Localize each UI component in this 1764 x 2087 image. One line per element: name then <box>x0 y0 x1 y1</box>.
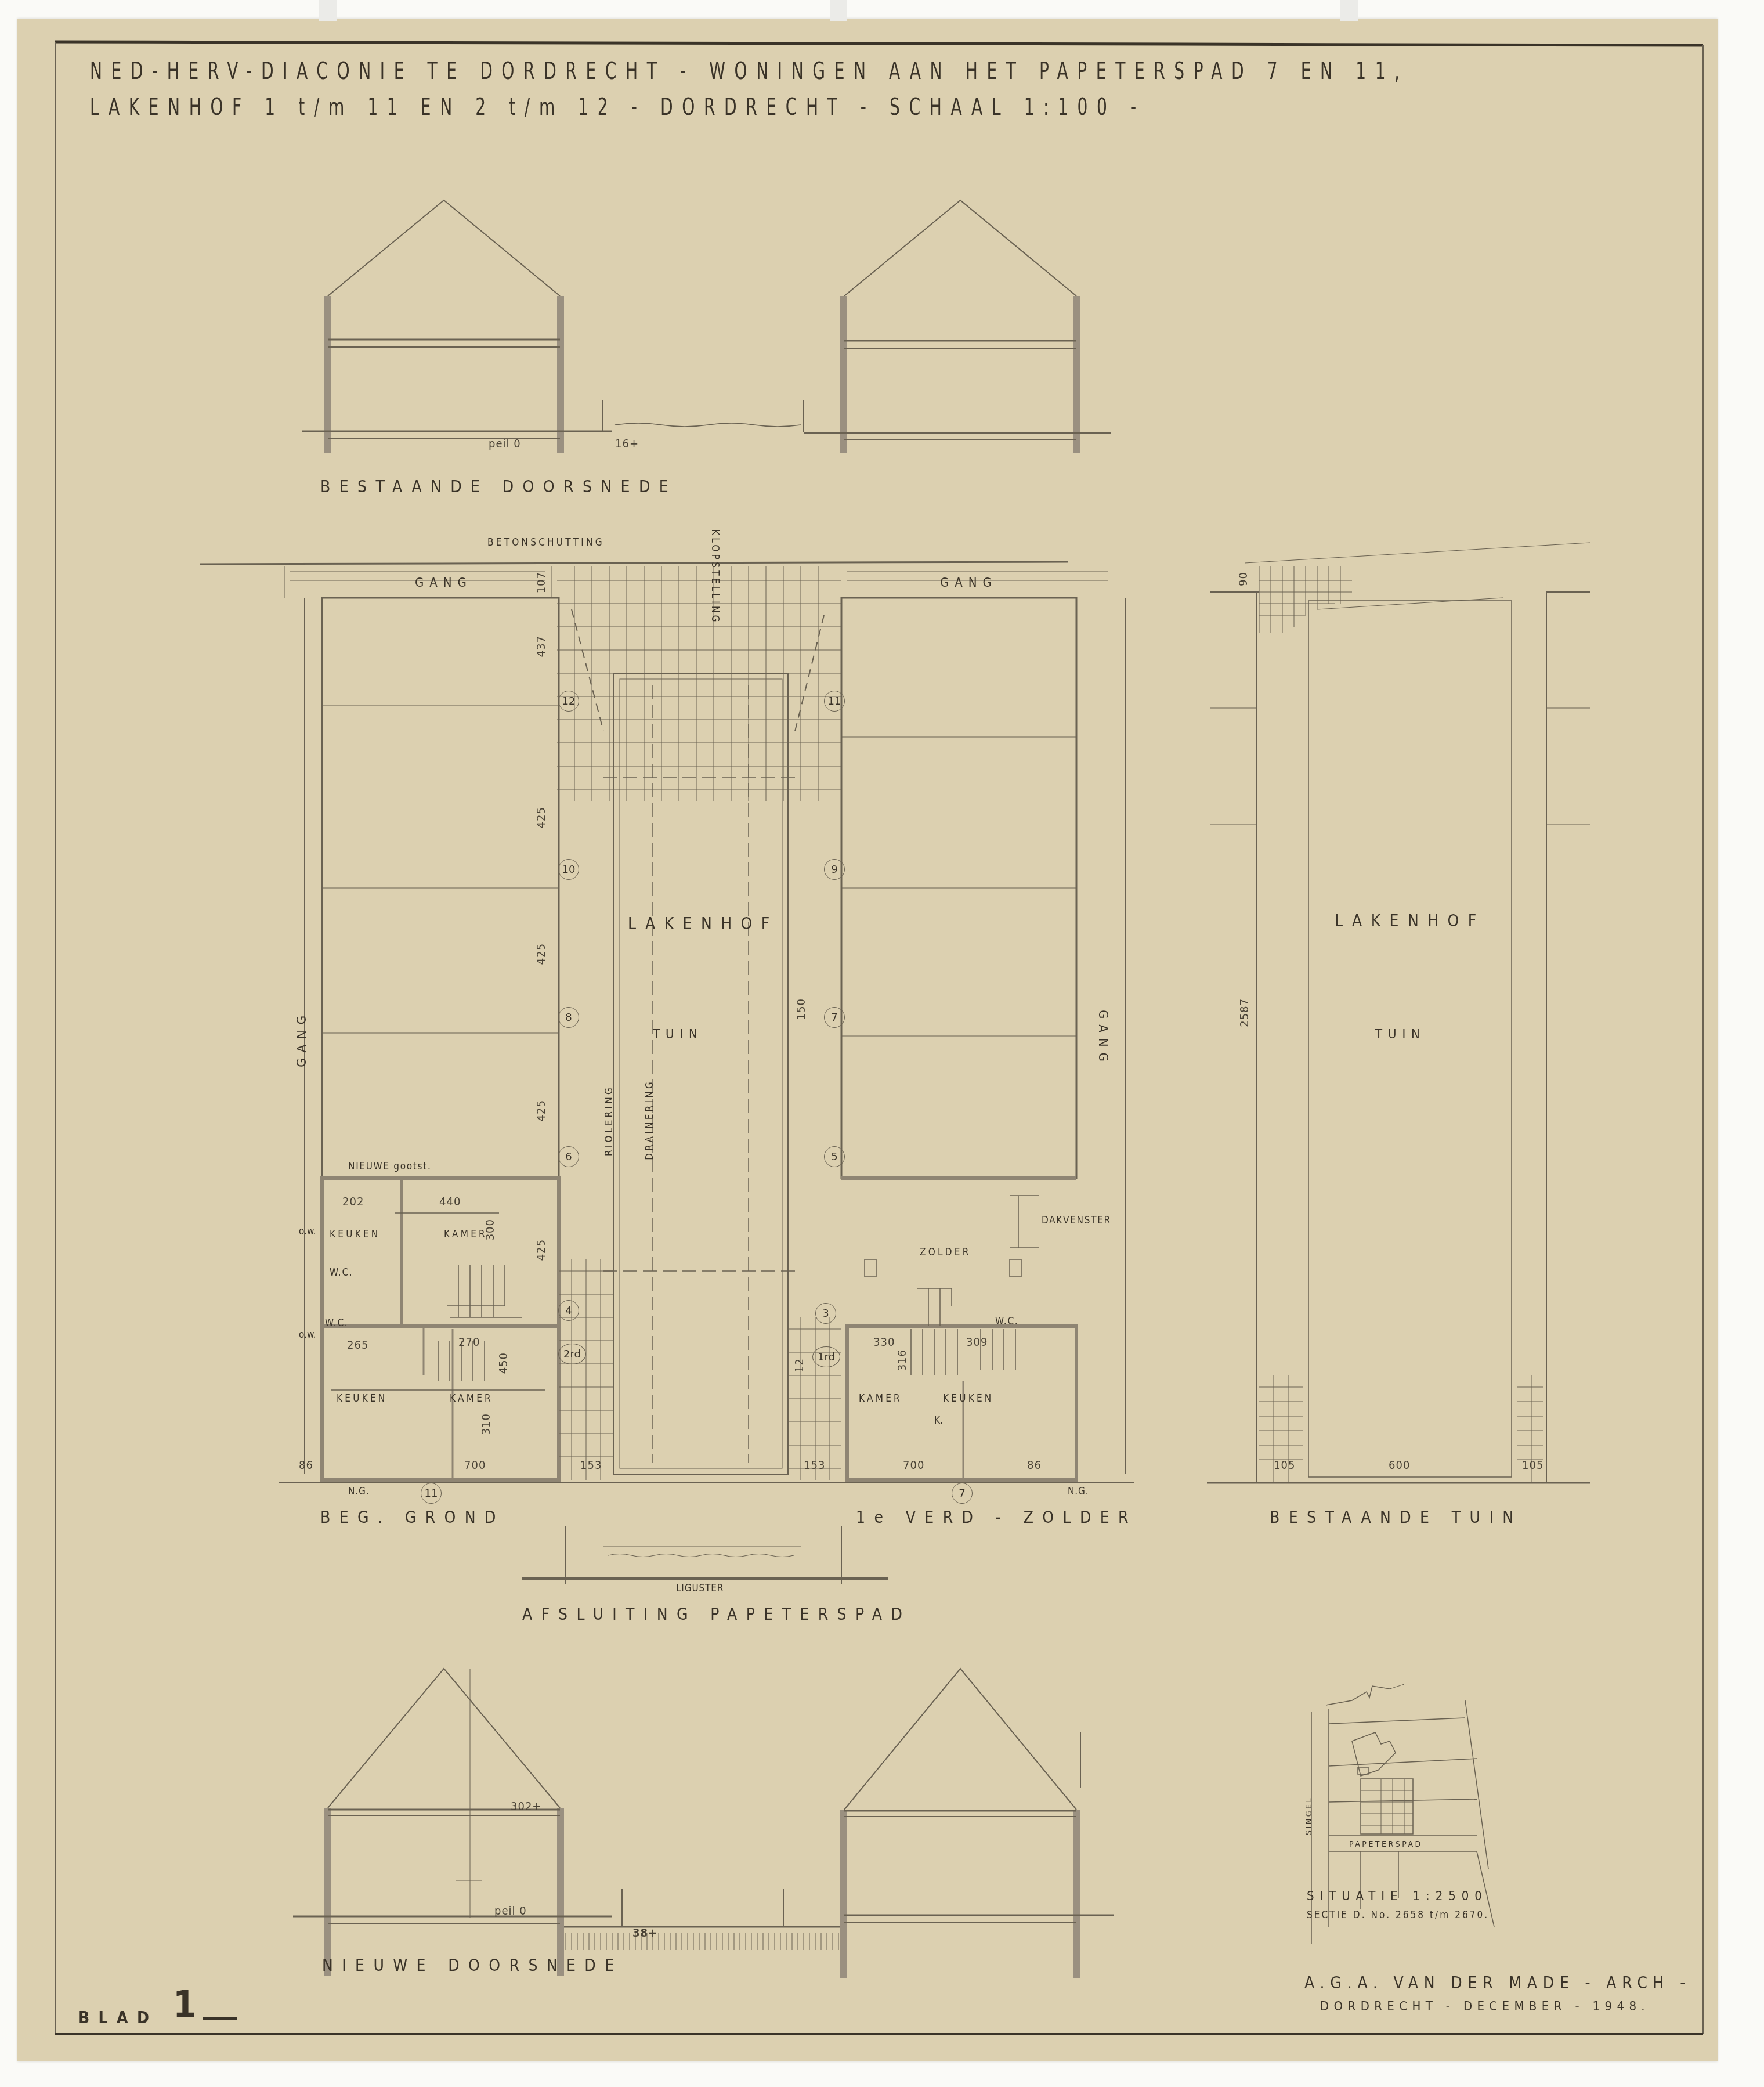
existing-level-label: peil 0 <box>489 436 521 450</box>
room-k-label: K. <box>934 1415 943 1427</box>
ng-label-left: N.G. <box>348 1486 369 1497</box>
new-level-upper: 302+ <box>511 1799 541 1813</box>
dim-uf-330: 330 <box>873 1335 895 1349</box>
gang-label-right-top: GANG <box>940 576 997 590</box>
room-keuken-lower-left: KEUKEN <box>337 1393 388 1404</box>
house-number-5: 5 <box>824 1146 845 1167</box>
dim-uf-316: 316 <box>895 1349 909 1371</box>
dim-uf-153: 153 <box>804 1458 825 1472</box>
house-number-4: 4 <box>558 1300 579 1321</box>
room-zolder: ZOLDER <box>920 1247 971 1258</box>
dim-gf-86: 86 <box>299 1458 313 1472</box>
ground-floor-label: BEG. GROND <box>320 1508 505 1527</box>
dim-center: 150 <box>794 998 808 1020</box>
closure-label: AFSLUITING PAPETERSPAD <box>522 1605 911 1624</box>
house-number-7: 7 <box>824 1007 845 1028</box>
house-number-8: 8 <box>558 1007 579 1028</box>
ow-label-2: o.w. <box>299 1329 316 1341</box>
ng-label-right: N.G. <box>1068 1486 1089 1497</box>
dim-gf-270: 270 <box>458 1335 480 1349</box>
garden-dim-105-left: 105 <box>1274 1458 1295 1472</box>
new-level-label: peil 0 <box>494 1904 527 1918</box>
house-number-11-bottom: 11 <box>421 1483 442 1504</box>
dim-left-5: 425 <box>534 1239 548 1261</box>
site-street-label: PAPETERSPAD <box>1349 1840 1423 1849</box>
site-canal-label: SINGEL <box>1304 1796 1314 1835</box>
house-number-9: 9 <box>824 859 845 880</box>
dim-left-3: 425 <box>534 943 548 965</box>
sheet-number-dash <box>203 2017 237 2020</box>
existing-garden-label: BESTAANDE TUIN <box>1270 1508 1522 1527</box>
room-kamer-lower-left: KAMER <box>450 1393 493 1404</box>
room-wc-1: W.C. <box>330 1267 353 1279</box>
dim-gf-700: 700 <box>464 1458 486 1472</box>
dim-gf-450: 450 <box>496 1352 510 1374</box>
dim-gf-265: 265 <box>347 1338 368 1352</box>
drawing-title-line1: NED-HERV-DIACONIE TE DORDRECHT - WONINGE… <box>90 58 1409 85</box>
architect-date: DORDRECHT - DECEMBER - 1948. <box>1320 1999 1650 2014</box>
garden-dim-600: 600 <box>1389 1458 1410 1472</box>
dim-gf-440: 440 <box>439 1194 461 1208</box>
kloppen-label: KLOPSTELLING <box>709 529 721 624</box>
dim-uf-700: 700 <box>903 1458 924 1472</box>
new-level-ground: 38+ <box>632 1926 657 1940</box>
sheet-number: 1 <box>173 1984 196 2027</box>
dim-uf-309: 309 <box>966 1335 988 1349</box>
house-number-10: 10 <box>558 859 579 880</box>
drawing-title-line2: LAKENHOF 1 t/m 11 EN 2 t/m 12 - DORDRECH… <box>90 94 1145 121</box>
site-cadastre-label: SECTIE D. No. 2658 t/m 2670. <box>1307 1909 1489 1921</box>
existing-section-label: BESTAANDE DOORSNEDE <box>320 477 677 496</box>
existing-level-value: 16+ <box>615 436 639 450</box>
house-number-2rd: 2rd <box>558 1344 586 1364</box>
house-number-12: 12 <box>558 691 579 712</box>
garden-dim-90: 90 <box>1236 572 1250 586</box>
dim-left-0: 107 <box>534 572 548 593</box>
upper-floor-label: 1e VERD - ZOLDER <box>856 1508 1137 1527</box>
courtyard-name: LAKENHOF <box>628 914 779 933</box>
dim-left-4: 425 <box>534 1100 548 1121</box>
new-section-label: NIEUWE DOORSNEDE <box>322 1956 623 1975</box>
sheet-label: BLAD <box>78 2008 158 2027</box>
architectural-linework-lower <box>0 0 1764 2087</box>
gang-label-right-side: GANG <box>1096 1010 1110 1067</box>
room-keuken-right: KEUKEN <box>943 1393 994 1404</box>
dim-gf-153: 153 <box>580 1458 602 1472</box>
garden-name: LAKENHOF <box>1335 911 1485 930</box>
hedge-label: LIGUSTER <box>676 1583 724 1594</box>
dim-left-2: 425 <box>534 807 548 828</box>
house-number-6: 6 <box>558 1146 579 1167</box>
garden-dim-105-right: 105 <box>1522 1458 1543 1472</box>
ow-label-1: o.w. <box>299 1226 316 1237</box>
dim-uf-86: 86 <box>1027 1458 1042 1472</box>
room-keuken-upper-left: KEUKEN <box>330 1229 381 1240</box>
sink-note: NIEUWE gootst. <box>348 1161 431 1172</box>
garden-dim-2587: 2587 <box>1237 998 1251 1027</box>
gang-label-left-top: GANG <box>415 576 472 590</box>
drainering-label: DRAINERING <box>644 1079 656 1160</box>
courtyard-sub: TUIN <box>653 1027 703 1042</box>
site-scale-label: SITUATIE 1:2500 <box>1307 1889 1488 1904</box>
dim-gf-310: 310 <box>479 1413 493 1435</box>
room-kamer-right: KAMER <box>859 1393 902 1404</box>
room-wc-2: W.C. <box>325 1317 348 1329</box>
dim-uf-12: 12 <box>792 1358 806 1373</box>
architect-name: A.G.A. VAN DER MADE - ARCH - <box>1304 1973 1691 1992</box>
room-wc-upper: W.C. <box>995 1316 1018 1327</box>
riolering-label: RIOLERING <box>603 1085 615 1156</box>
dim-left-1: 437 <box>534 636 548 657</box>
house-number-3: 3 <box>815 1303 836 1324</box>
dakvenster-label: DAKVENSTER <box>1042 1215 1111 1226</box>
fence-label: BETONSCHUTTING <box>487 537 605 548</box>
garden-sub: TUIN <box>1375 1027 1426 1042</box>
house-number-1rd: 1rd <box>812 1346 840 1367</box>
house-number-11: 11 <box>824 691 845 712</box>
house-number-7-bottom: 7 <box>952 1483 973 1504</box>
dim-gf-300: 300 <box>483 1219 497 1240</box>
gang-label-left-side: GANG <box>295 1010 309 1067</box>
room-kamer-upper-left: KAMER <box>444 1229 487 1240</box>
dim-gf-202: 202 <box>342 1194 364 1208</box>
